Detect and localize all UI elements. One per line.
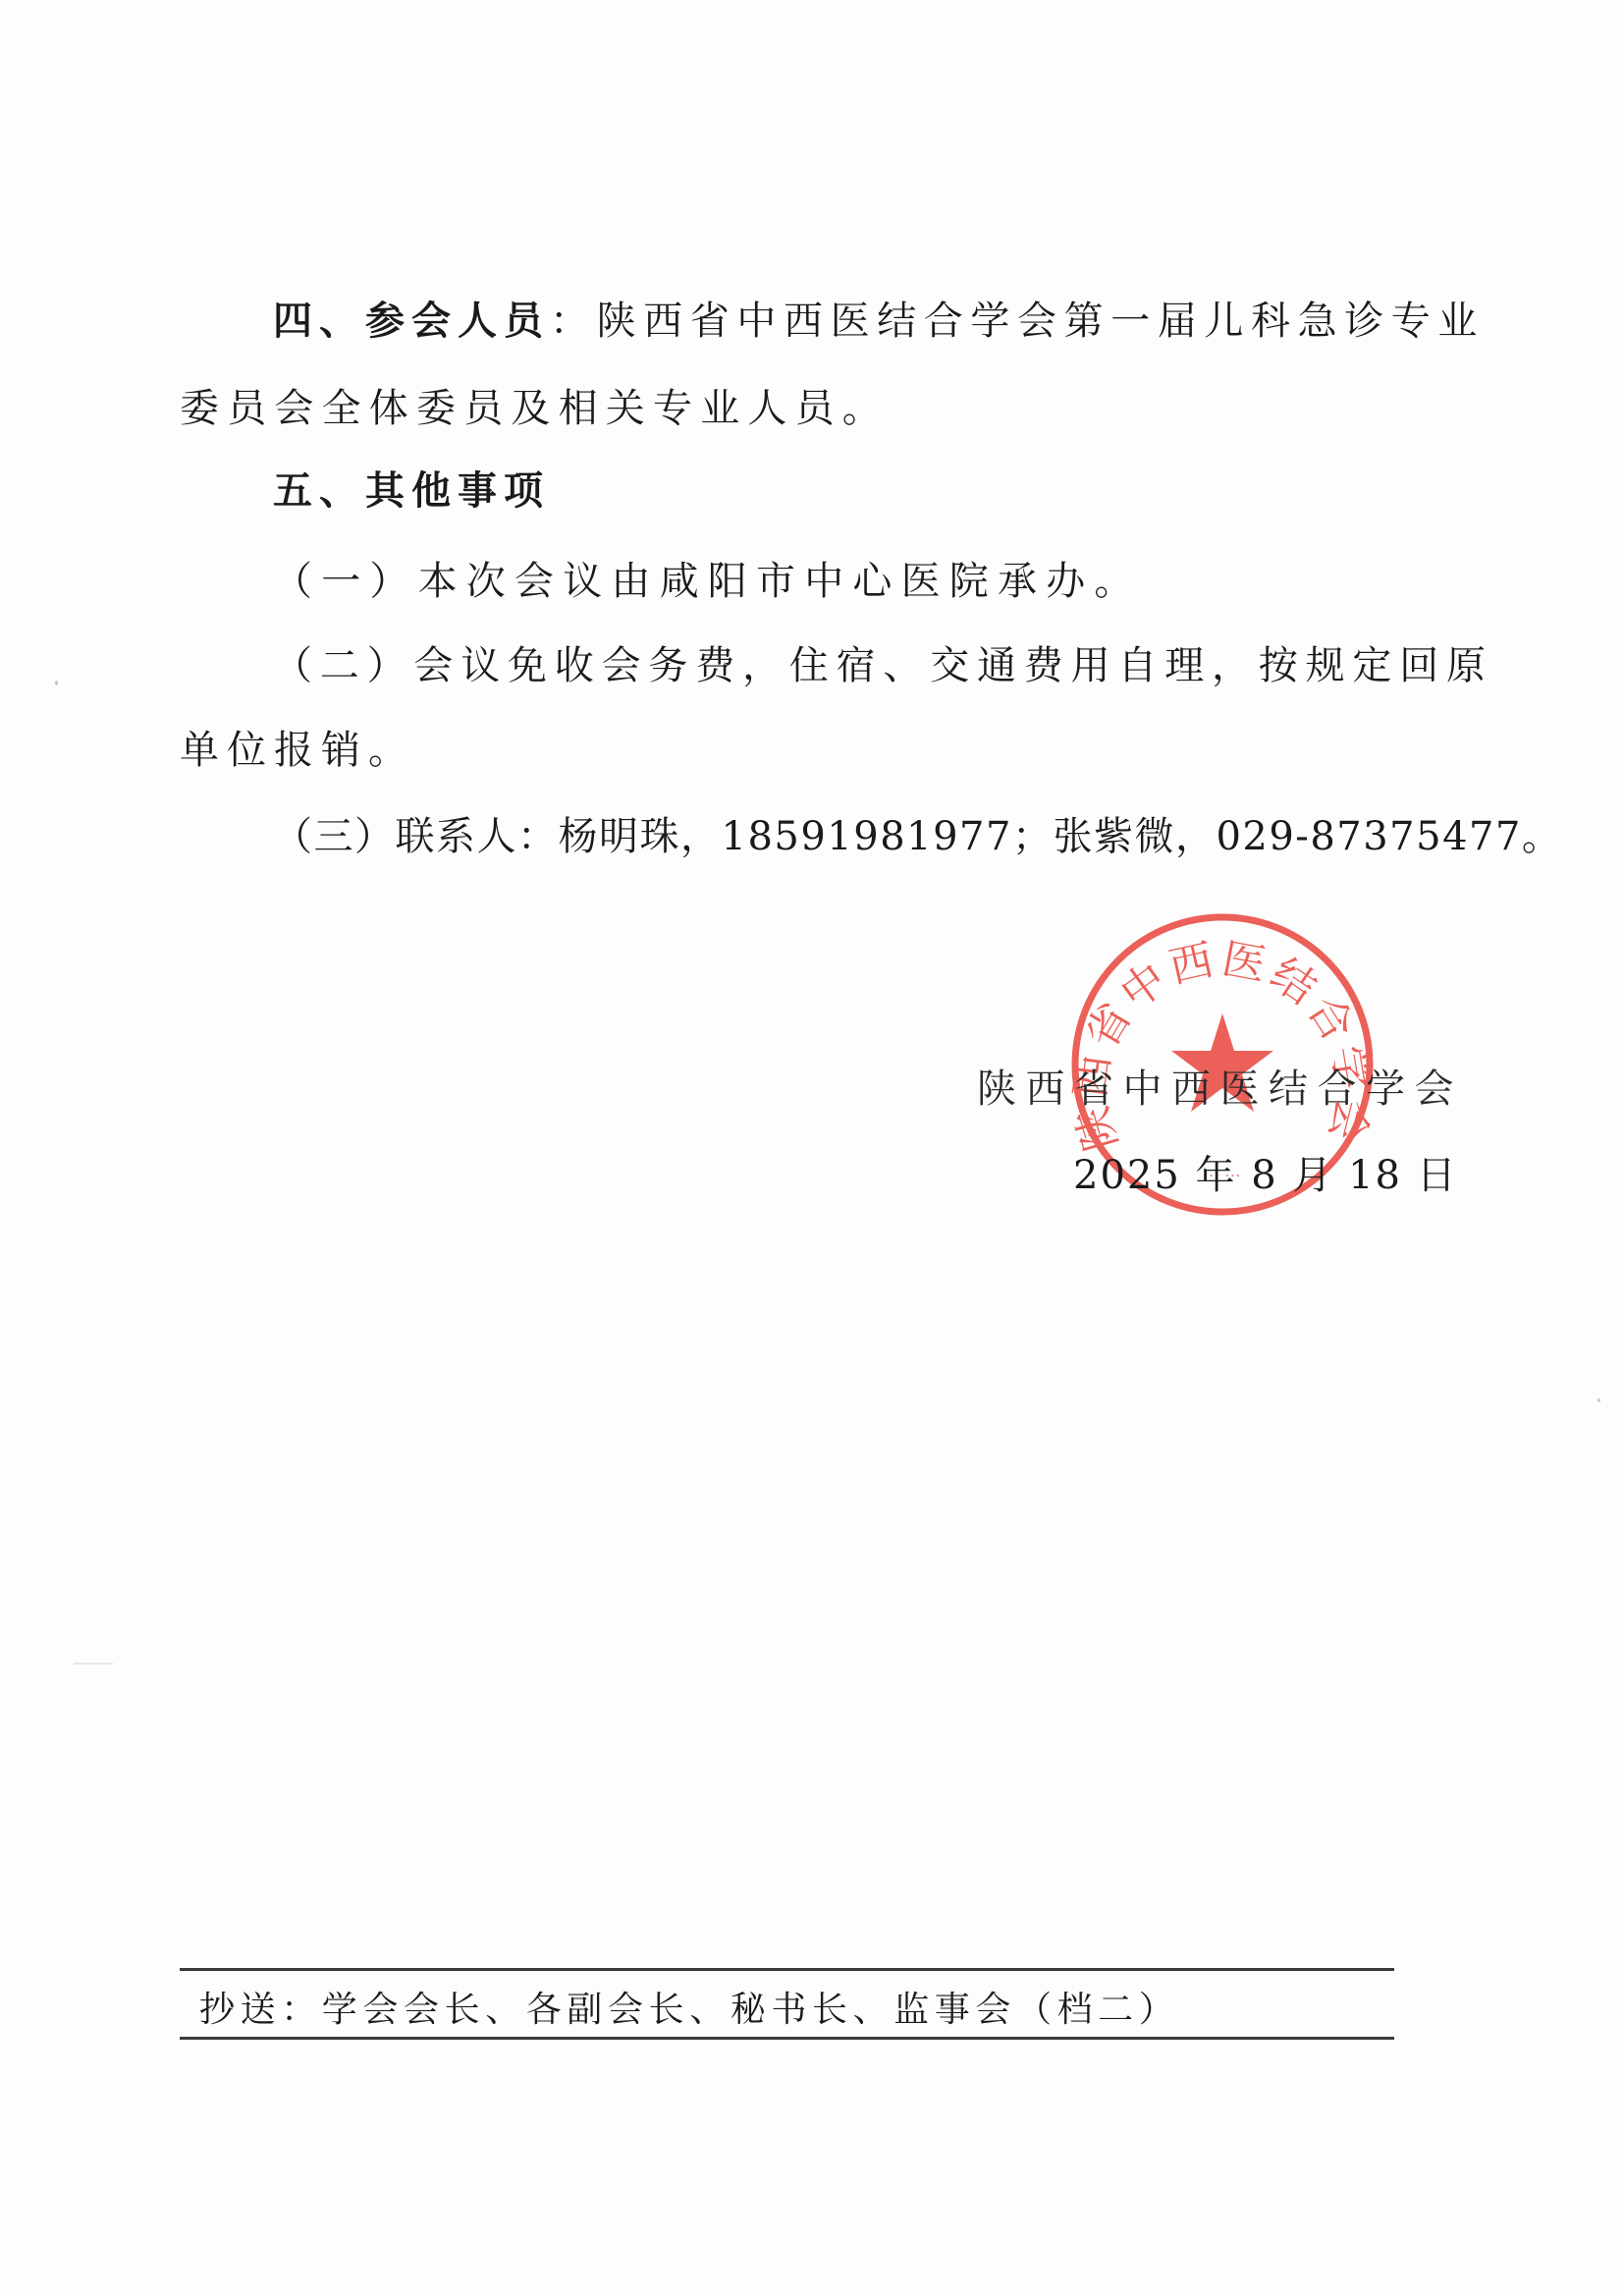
- section-4-line-2: 委员会全体委员及相关专业人员。: [180, 385, 890, 432]
- item-1-text: （一）本次会议由咸阳市中心医院承办。: [273, 558, 1143, 605]
- section-4-colon: ：: [550, 299, 597, 344]
- contact-separator: ；张紫微，: [1012, 814, 1217, 859]
- contact-phone-1: 18591981977: [722, 814, 1012, 859]
- signature-date: 2025 年 8 月 18 日: [1073, 1152, 1458, 1199]
- contact-phone-2: 029-87375477: [1216, 814, 1521, 859]
- copy-to-line: 抄送：学会会长、各副会长、秘书长、监事会（档二）: [199, 1990, 1179, 2031]
- scan-speck: [1597, 1398, 1600, 1402]
- item-2-line-1: （二）会议免收会务费，住宿、交通费用自理，按规定回原: [273, 642, 1493, 689]
- contact-end: 。: [1522, 814, 1563, 859]
- scan-speck: [55, 681, 58, 685]
- document-page: 四、参会人员：陕西省中西医结合学会第一届儿科急诊专业 委员会全体委员及相关专业人…: [0, 0, 1623, 2296]
- section-5-heading: 五、其他事项: [273, 467, 550, 515]
- section-4-heading: 四、参会人员: [273, 299, 550, 344]
- item-3-contacts: （三）联系人：杨明珠，18591981977；张紫微，029-87375477。: [273, 813, 1562, 860]
- contact-prefix: （三）联系人：杨明珠，: [273, 814, 722, 859]
- signature-organization: 陕西省中西医结合学会: [977, 1066, 1463, 1113]
- item-2-line-2: 单位报销。: [180, 727, 415, 774]
- copy-to-top-divider: [180, 1968, 1394, 1971]
- section-4-text: 陕西省中西医结合学会第一届儿科急诊专业: [597, 299, 1485, 344]
- copy-to-bottom-divider: [180, 2037, 1394, 2040]
- scan-mark: [74, 1663, 113, 1665]
- section-4-line-1: 四、参会人员：陕西省中西医结合学会第一届儿科急诊专业: [273, 298, 1485, 345]
